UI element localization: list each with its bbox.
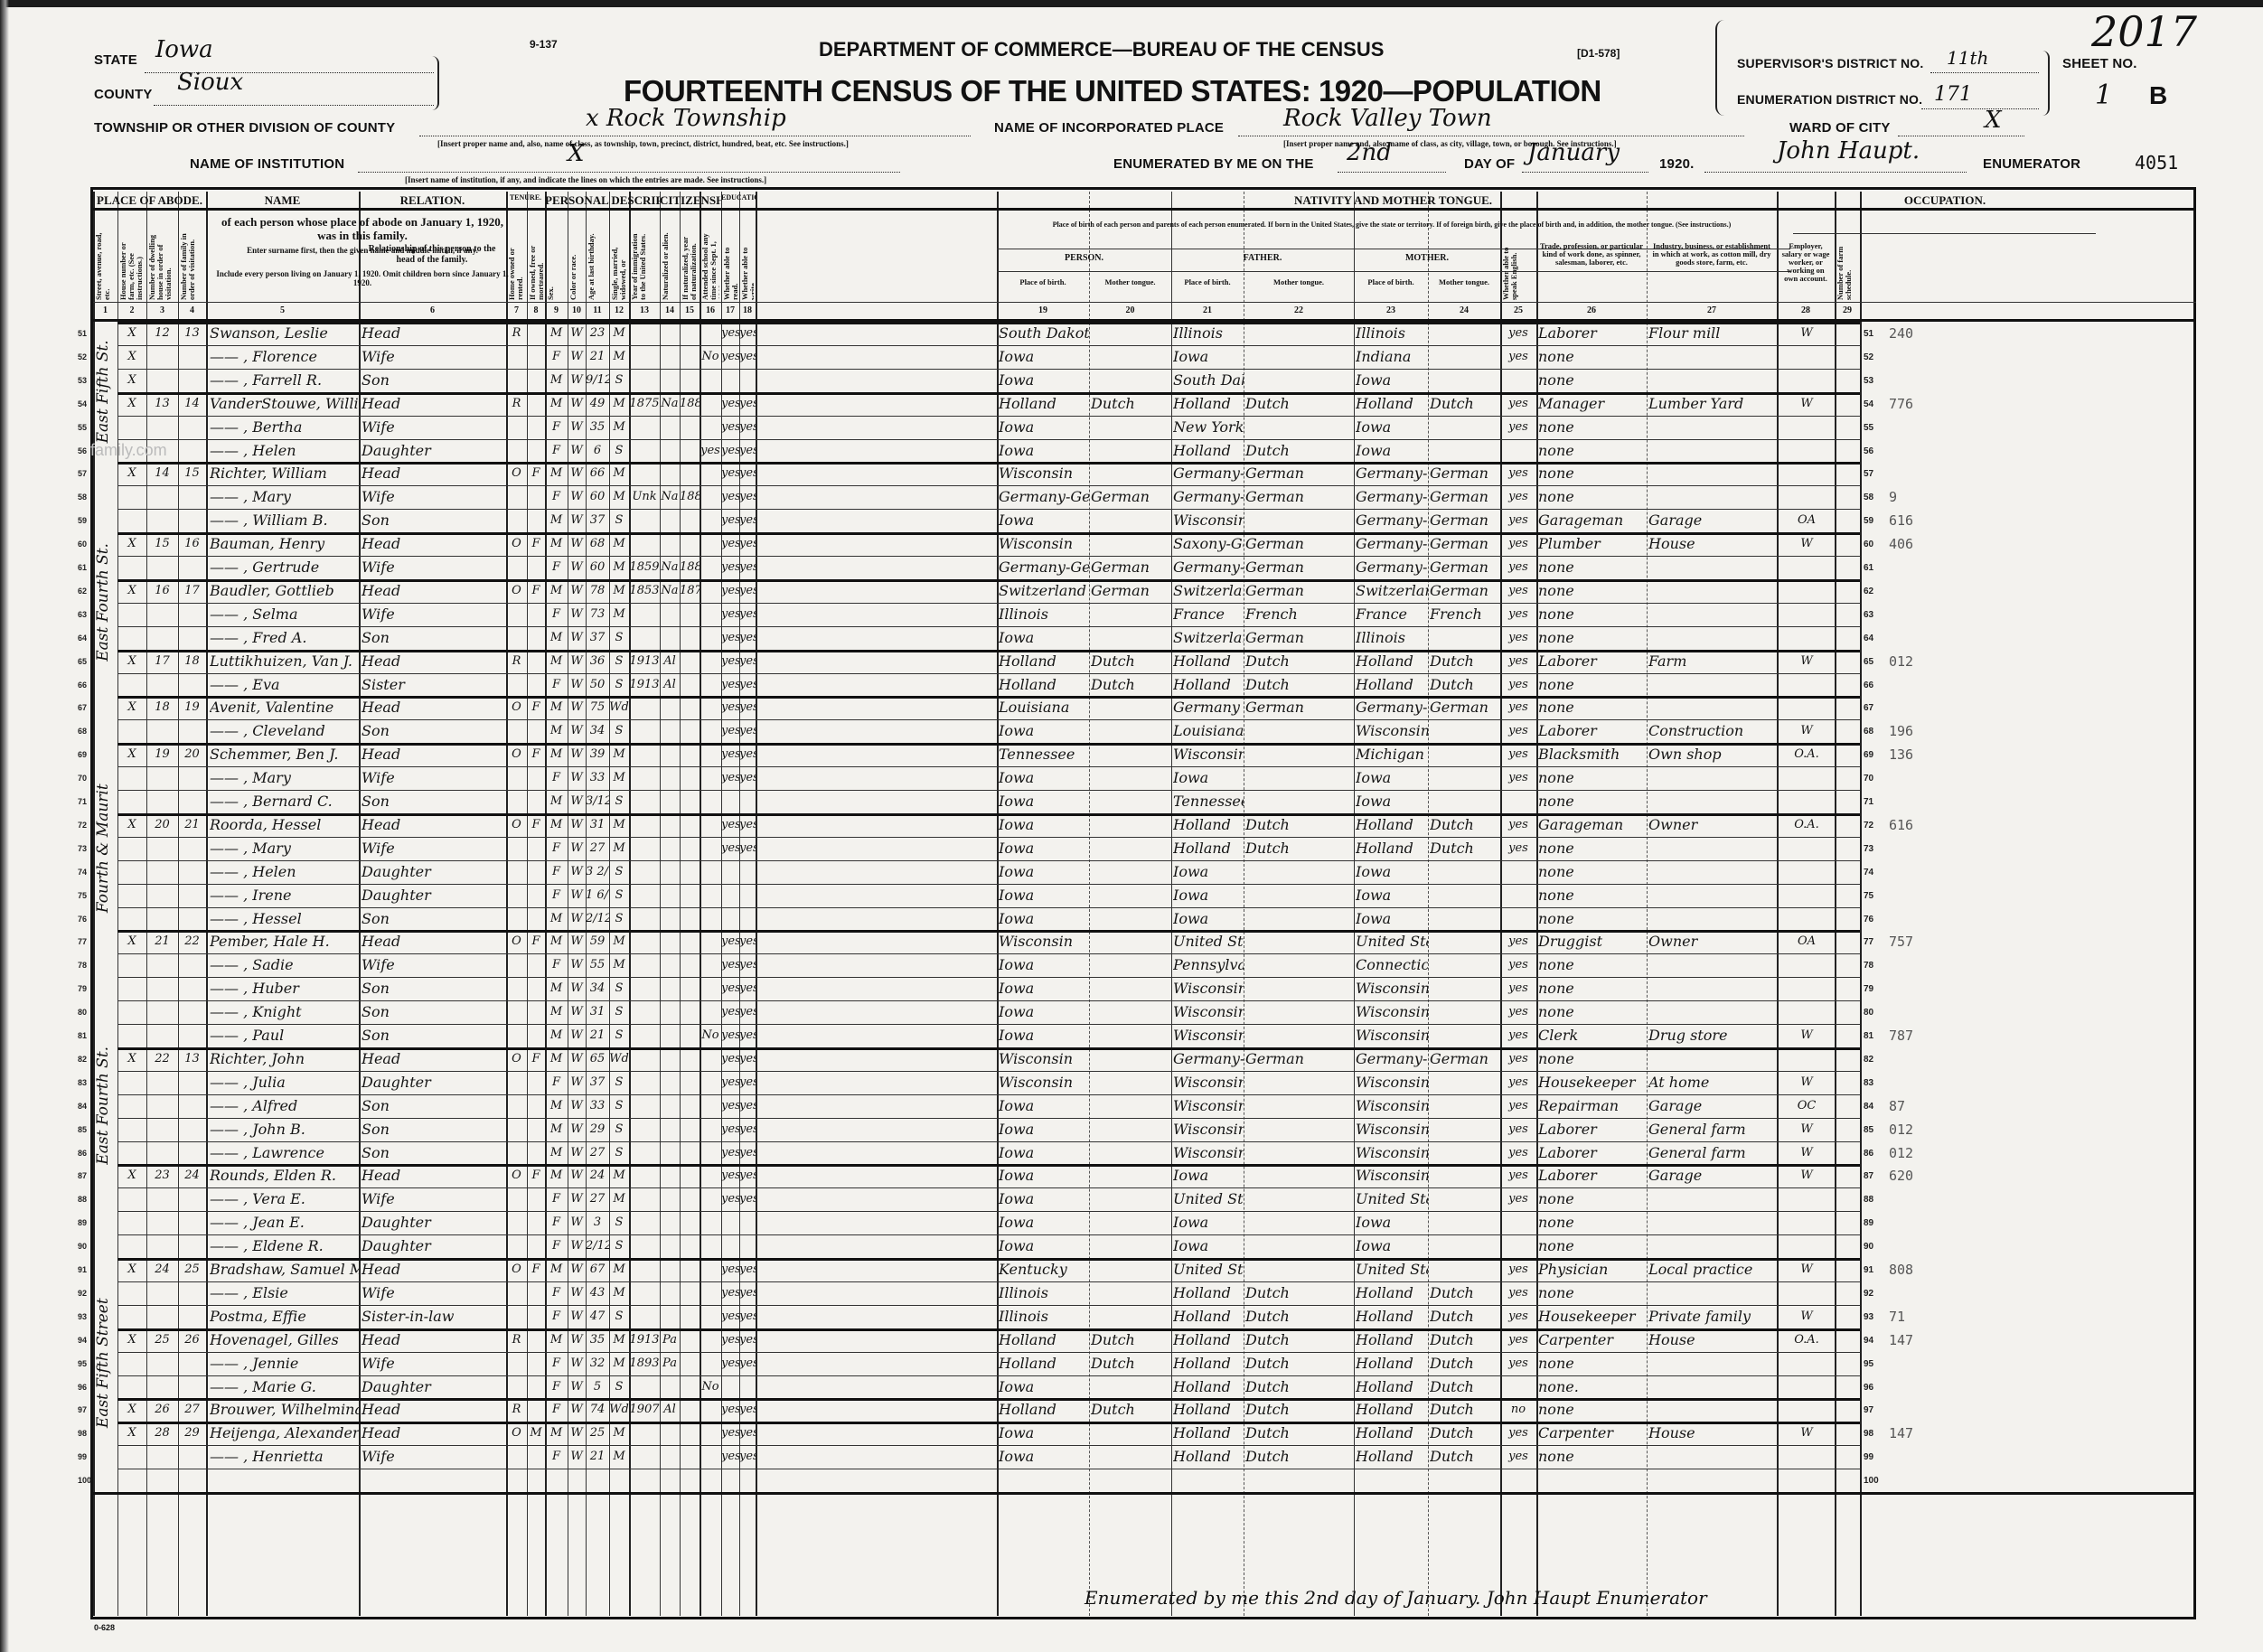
cell-mpob: Wisconsin — [1356, 1118, 1428, 1141]
cell-age: 78 — [586, 579, 609, 603]
margin-annotation: 147 — [1889, 1425, 1913, 1441]
cell-eng: yes — [1500, 1187, 1536, 1211]
cell-fpob: United States — [1173, 1258, 1244, 1281]
margin-annotation: 196 — [1889, 723, 1913, 739]
line-number-left: 77 — [78, 937, 87, 946]
cell-mpob: Wisconsin — [1356, 1071, 1428, 1094]
cell-name: —— , William B. — [210, 509, 359, 532]
cell-pob: Holland — [999, 1352, 1089, 1375]
cell-nat: Al — [660, 1398, 680, 1422]
cell-dw: 16 — [146, 579, 178, 603]
cell-sex: M — [545, 462, 568, 485]
sheet-side: B — [2149, 81, 2167, 110]
cell-imm: 1875 — [629, 392, 660, 416]
cell-write: yes — [739, 462, 756, 485]
cell-house: X — [117, 743, 146, 766]
cell-ms: M — [609, 322, 629, 345]
cell-rel: Wife — [362, 556, 506, 579]
cell-trade: none — [1538, 485, 1647, 509]
line-number: 69 — [1864, 750, 1873, 760]
cell-pob: Iowa — [999, 907, 1089, 931]
cell-trade: none — [1538, 462, 1647, 485]
scan-top-edge — [0, 0, 2263, 7]
line-number: 79 — [1864, 984, 1873, 994]
state-value: Iowa — [155, 36, 213, 63]
cell-nat: Na — [660, 579, 680, 603]
cell-pob: Iowa — [999, 1141, 1089, 1165]
line-number-left: 90 — [78, 1242, 87, 1251]
cell-eng: yes — [1500, 1305, 1536, 1328]
cell-write: yes — [739, 673, 756, 697]
cell-write: yes — [739, 1187, 756, 1211]
cell-write: yes — [739, 439, 756, 463]
cell-age: 31 — [586, 813, 609, 837]
cell-emp: OA — [1779, 509, 1835, 532]
cell-race: W — [568, 1187, 586, 1211]
stamp-number: 2017 — [2091, 7, 2197, 56]
cell-mtongue: Dutch — [1430, 1445, 1500, 1469]
cell-industry: Farm — [1648, 650, 1777, 673]
cell-mort: F — [527, 696, 545, 719]
cell-pob: Wisconsin — [999, 462, 1089, 485]
cell-dw: 12 — [146, 322, 178, 345]
margin-annotation: 9 — [1889, 489, 1897, 505]
cell-house: X — [117, 322, 146, 345]
cell-sex: F — [545, 1398, 568, 1422]
cell-fpob: Holland — [1173, 813, 1244, 837]
line-number: 59 — [1864, 516, 1873, 526]
line-number: 68 — [1864, 727, 1873, 737]
cell-sex: M — [545, 907, 568, 931]
cell-sch: No — [700, 345, 721, 369]
cell-industry: House — [1648, 1422, 1777, 1445]
cell-fam: 15 — [178, 462, 206, 485]
cell-name: Schemmer, Ben J. — [210, 743, 359, 766]
cell-mort: F — [527, 813, 545, 837]
cell-write: yes — [739, 1281, 756, 1305]
cell-age: 73 — [586, 603, 609, 626]
cell-race: W — [568, 462, 586, 485]
cell-age: 3/12 — [586, 790, 609, 813]
column-divider — [1860, 192, 1862, 1616]
cell-trade: none — [1538, 977, 1647, 1000]
column-number-26: 26 — [1536, 305, 1647, 315]
cell-trade: none — [1538, 1445, 1647, 1469]
cell-pob: Germany-Ger. — [999, 485, 1089, 509]
cell-race: W — [568, 1211, 586, 1234]
cell-ms: S — [609, 1000, 629, 1024]
cell-fpob: Germany-Ger. — [1173, 556, 1244, 579]
cell-ftongue: Dutch — [1245, 1445, 1354, 1469]
cell-sex: M — [545, 1000, 568, 1024]
cell-trade: none — [1538, 696, 1647, 719]
cell-sex: F — [545, 485, 568, 509]
cell-mpob: Germany-Ger. — [1356, 1047, 1428, 1071]
cell-mpob: Wisconsin — [1356, 1094, 1428, 1118]
cell-fpob: Iowa — [1173, 907, 1244, 931]
cell-mort: F — [527, 1164, 545, 1187]
cell-trade: Laborer — [1538, 719, 1647, 743]
cell-pob: Iowa — [999, 1375, 1089, 1399]
line-number-left: 83 — [78, 1078, 87, 1087]
cell-name: —— , Knight — [210, 1000, 359, 1024]
cell-name: —— , Sadie — [210, 953, 359, 977]
cell-sch: yes — [700, 439, 721, 463]
cell-imm: Unk — [629, 485, 660, 509]
cell-race: W — [568, 439, 586, 463]
supervisor-district-value: 11th — [1947, 47, 1988, 69]
column-header-3: Number of dwelling house in order of vis… — [148, 231, 176, 300]
cell-write: yes — [739, 626, 756, 650]
header-rule — [93, 208, 2196, 211]
cell-read: yes — [721, 837, 739, 860]
cell-sex: F — [545, 1305, 568, 1328]
cell-ms: M — [609, 532, 629, 556]
cell-age: 3 2/12 — [586, 860, 609, 884]
cell-rel: Wife — [362, 1187, 506, 1211]
cell-write: yes — [739, 345, 756, 369]
cell-trade: Laborer — [1538, 1118, 1647, 1141]
cell-name: —— , Vera E. — [210, 1187, 359, 1211]
cell-own: R — [506, 1398, 527, 1422]
cell-mpob: Connecticut — [1356, 953, 1428, 977]
margin-annotation: 616 — [1889, 512, 1913, 529]
cell-ms: M — [609, 416, 629, 439]
cell-emp: W — [1779, 1305, 1835, 1328]
cell-eng: yes — [1500, 930, 1536, 953]
cell-ms: M — [609, 1352, 629, 1375]
institution-label: NAME OF INSTITUTION — [190, 156, 344, 172]
cell-name: —— , Julia — [210, 1071, 359, 1094]
cell-own: R — [506, 650, 527, 673]
cell-fpob: Saxony-Ger. — [1173, 532, 1244, 556]
cell-sex: M — [545, 1258, 568, 1281]
cell-mort: F — [527, 579, 545, 603]
cell-rel: Head — [362, 696, 506, 719]
cell-ms: M — [609, 462, 629, 485]
cell-mort: F — [527, 1047, 545, 1071]
ed-line — [1921, 108, 2039, 109]
line-number-left: 97 — [78, 1405, 87, 1414]
group-header-occupation: OCCUPATION. — [1793, 193, 2097, 208]
cell-mpob: Holland — [1356, 1352, 1428, 1375]
cell-eng: yes — [1500, 509, 1536, 532]
line-number-left: 60 — [78, 540, 87, 549]
cell-mpob: Holland — [1356, 1445, 1428, 1469]
cell-name: Rounds, Elden R. — [210, 1164, 359, 1187]
cell-write: yes — [739, 1258, 756, 1281]
column-number-22: 22 — [1244, 305, 1354, 315]
cell-name: —— , John B. — [210, 1118, 359, 1141]
cell-own: O — [506, 1164, 527, 1187]
column-header-17: Whether able to read. — [723, 231, 737, 300]
cell-race: W — [568, 1375, 586, 1399]
cell-age: 50 — [586, 673, 609, 697]
nativity-instructions: Place of birth of each person and parent… — [999, 221, 1785, 230]
cell-house: X — [117, 532, 146, 556]
cell-read: yes — [721, 1187, 739, 1211]
cell-age: 25 — [586, 1422, 609, 1445]
institution-instructions: [Insert name of institution, if any, and… — [405, 175, 766, 184]
cell-eng: yes — [1500, 719, 1536, 743]
cell-fpob: Wisconsin — [1173, 1094, 1244, 1118]
cell-race: W — [568, 860, 586, 884]
cell-race: W — [568, 673, 586, 697]
cell-eng: yes — [1500, 1071, 1536, 1094]
cell-sex: M — [545, 743, 568, 766]
cell-eng: yes — [1500, 837, 1536, 860]
cell-mpob: Holland — [1356, 1328, 1428, 1352]
cell-trade: Laborer — [1538, 322, 1647, 345]
township-instructions: [Insert proper name and, also, name of c… — [437, 139, 849, 148]
group-header-tenure: TENURE. — [506, 193, 545, 202]
cell-race: W — [568, 953, 586, 977]
cell-sex: F — [545, 837, 568, 860]
cell-mpob: Holland — [1356, 1281, 1428, 1305]
column-header-26: Trade, profession, or particular kind of… — [1539, 242, 1644, 267]
cell-sex: F — [545, 1281, 568, 1305]
incorporated-place-label: NAME OF INCORPORATED PLACE — [994, 120, 1224, 136]
cell-mtongue: German — [1430, 462, 1500, 485]
cell-name: —— , Hessel — [210, 907, 359, 931]
cell-age: 9/12 — [586, 369, 609, 392]
cell-ftongue: German — [1245, 532, 1354, 556]
column-number-19: 19 — [997, 305, 1089, 315]
cell-read: yes — [721, 766, 739, 790]
cell-sex: F — [545, 416, 568, 439]
cell-pob: Iowa — [999, 766, 1089, 790]
cell-ftongue: German — [1245, 462, 1354, 485]
cell-pob: Iowa — [999, 884, 1089, 907]
cell-trade: Manager — [1538, 392, 1647, 416]
cell-mpob: Holland — [1356, 837, 1428, 860]
column-header-8: If owned, free or mortgaged. — [529, 231, 543, 300]
cell-write: yes — [739, 509, 756, 532]
cell-trade: Physician — [1538, 1258, 1647, 1281]
cell-eng: yes — [1500, 953, 1536, 977]
relation-header-subtitle: Relationship of this person to the head … — [364, 244, 500, 266]
cell-name: VanderStouwe, William — [210, 392, 359, 416]
cell-trade: Carpenter — [1538, 1328, 1647, 1352]
cell-pob: Wisconsin — [999, 532, 1089, 556]
cell-race: W — [568, 1071, 586, 1094]
cell-ms: M — [609, 1445, 629, 1469]
cell-name: Baudler, Gottlieb — [210, 579, 359, 603]
cell-house: X — [117, 1258, 146, 1281]
cell-own: R — [506, 1328, 527, 1352]
cell-sex: F — [545, 884, 568, 907]
cell-mpob: Germany-Ger. — [1356, 485, 1428, 509]
cell-rel: Head — [362, 1047, 506, 1071]
cell-industry: General farm — [1648, 1118, 1777, 1141]
cell-fpob: France — [1173, 603, 1244, 626]
cell-write: yes — [739, 766, 756, 790]
cell-trade: none — [1538, 1234, 1647, 1258]
column-header-29: Number of farm schedule. — [1836, 231, 1858, 300]
cell-ms: M — [609, 392, 629, 416]
cell-race: W — [568, 1024, 586, 1047]
cell-ms: S — [609, 673, 629, 697]
cell-write: yes — [739, 322, 756, 345]
cell-house: X — [117, 392, 146, 416]
line-number-left: 84 — [78, 1102, 87, 1111]
cell-ms: S — [609, 977, 629, 1000]
cell-race: W — [568, 1352, 586, 1375]
margin-annotation: 620 — [1889, 1168, 1913, 1184]
table-bottom-rule — [93, 1492, 2196, 1495]
cell-trade: none. — [1538, 1375, 1647, 1399]
cell-pob: Iowa — [999, 1118, 1089, 1141]
department-title: DEPARTMENT OF COMMERCE—BUREAU OF THE CEN… — [819, 38, 1384, 61]
margin-annotation: 406 — [1889, 536, 1913, 552]
cell-eng: yes — [1500, 462, 1536, 485]
cell-sex: M — [545, 696, 568, 719]
line-number: 64 — [1864, 634, 1873, 643]
cell-mpob: Holland — [1356, 1375, 1428, 1399]
cell-ms: M — [609, 1164, 629, 1187]
cell-mpob: Illinois — [1356, 322, 1428, 345]
cell-write: yes — [739, 813, 756, 837]
cell-eng: yes — [1500, 1352, 1536, 1375]
line-number-left: 86 — [78, 1149, 87, 1158]
cell-age: 31 — [586, 1000, 609, 1024]
cell-sex: F — [545, 673, 568, 697]
cell-emp: O.A. — [1779, 1328, 1835, 1352]
cell-mpob: Wisconsin — [1356, 1141, 1428, 1165]
incorporated-place-line — [1238, 136, 1744, 136]
cell-age: 55 — [586, 953, 609, 977]
cell-mtongue: Dutch — [1430, 1375, 1500, 1399]
line-number: 83 — [1864, 1078, 1873, 1088]
cell-mpob: Iowa — [1356, 439, 1428, 463]
group-header-name: NAME — [206, 193, 359, 208]
cell-trade: Druggist — [1538, 930, 1647, 953]
cell-rel: Wife — [362, 1445, 506, 1469]
cell-fpob: Illinois — [1173, 322, 1244, 345]
cell-industry: Lumber Yard — [1648, 392, 1777, 416]
cell-emp: W — [1779, 1164, 1835, 1187]
line-number-left: 58 — [78, 493, 87, 502]
column-number-28: 28 — [1777, 305, 1835, 315]
cell-eng: yes — [1500, 322, 1536, 345]
cell-sex: F — [545, 1234, 568, 1258]
margin-annotation: 757 — [1889, 934, 1913, 950]
cell-pob: Holland — [999, 1328, 1089, 1352]
cell-read: yes — [721, 1164, 739, 1187]
cell-race: W — [568, 532, 586, 556]
column-number-25: 25 — [1500, 305, 1536, 315]
cell-ftongue: German — [1245, 579, 1354, 603]
line-number-left: 53 — [78, 376, 87, 385]
cell-name: —— , Cleveland — [210, 719, 359, 743]
cell-age: 1 6/12 — [586, 884, 609, 907]
cell-write: yes — [739, 1047, 756, 1071]
column-header-11: Age at last birthday. — [587, 231, 607, 300]
column-header-7: Home owned or rented. — [508, 231, 525, 300]
cell-pob: Iowa — [999, 1024, 1089, 1047]
cell-name: Richter, William — [210, 462, 359, 485]
sheet-number-value: 1 — [2095, 80, 2112, 111]
line-number-left: 80 — [78, 1008, 87, 1017]
cell-trade: Repairman — [1538, 1094, 1647, 1118]
cell-name: —— , Paul — [210, 1024, 359, 1047]
cell-ms: M — [609, 603, 629, 626]
cell-ms: M — [609, 1187, 629, 1211]
cell-race: W — [568, 1164, 586, 1187]
line-number-left: 57 — [78, 469, 87, 478]
cell-eng: yes — [1500, 1141, 1536, 1165]
cell-industry: Drug store — [1648, 1024, 1777, 1047]
cell-eng: yes — [1500, 1422, 1536, 1445]
cell-age: 60 — [586, 556, 609, 579]
cell-trade: Laborer — [1538, 1164, 1647, 1187]
cell-ms: S — [609, 1141, 629, 1165]
cell-race: W — [568, 1258, 586, 1281]
cell-rel: Wife — [362, 953, 506, 977]
cell-read: yes — [721, 509, 739, 532]
cell-eng: yes — [1500, 1258, 1536, 1281]
cell-ms: M — [609, 345, 629, 369]
county-value: Sioux — [177, 69, 243, 96]
cell-age: 2/12 — [586, 1234, 609, 1258]
cell-mpob: Michigan — [1356, 743, 1428, 766]
group-header-person: PERSON. — [997, 253, 1171, 263]
cell-mtongue: German — [1430, 579, 1500, 603]
cell-mpob: Iowa — [1356, 884, 1428, 907]
cell-pob: Iowa — [999, 626, 1089, 650]
street-name: East Fourth St. — [94, 462, 116, 743]
cell-name: Swanson, Leslie — [210, 322, 359, 345]
cell-pob: Iowa — [999, 345, 1089, 369]
cell-ms: M — [609, 766, 629, 790]
cell-industry: Flour mill — [1648, 322, 1777, 345]
name-header-subtitle: of each person whose place of abode on J… — [213, 215, 512, 242]
line-number: 81 — [1864, 1031, 1873, 1041]
cell-read: yes — [721, 1352, 739, 1375]
cell-rel: Daughter — [362, 884, 506, 907]
line-number-left: 62 — [78, 587, 87, 596]
column-header-27: Industry, business, or establishment in … — [1649, 242, 1774, 267]
cell-write: yes — [739, 1328, 756, 1352]
cell-rel: Son — [362, 626, 506, 650]
cell-pob: Iowa — [999, 1211, 1089, 1234]
cell-eng: yes — [1500, 1118, 1536, 1141]
cell-mpob: United States — [1356, 1258, 1428, 1281]
cell-industry: Local practice — [1648, 1258, 1777, 1281]
cell-natyr: 1873 — [680, 579, 700, 603]
cell-pob: Tennessee — [999, 743, 1089, 766]
cell-fpob: Louisiana — [1173, 719, 1244, 743]
cell-natyr: 1889 — [680, 556, 700, 579]
cell-read: yes — [721, 1305, 739, 1328]
cell-race: W — [568, 650, 586, 673]
cell-eng: yes — [1500, 1024, 1536, 1047]
cell-mpob: Wisconsin — [1356, 977, 1428, 1000]
line-number-left: 76 — [78, 915, 87, 924]
group-header-father: FATHER. — [1171, 253, 1354, 263]
cell-sex: M — [545, 719, 568, 743]
cell-trade: none — [1538, 556, 1647, 579]
column-header-21: Place of birth. — [1174, 278, 1241, 286]
cell-ftongue: German — [1245, 485, 1354, 509]
cell-fam: 13 — [178, 1047, 206, 1071]
cell-dw: 18 — [146, 696, 178, 719]
line-number-left: 98 — [78, 1429, 87, 1438]
cell-mtongue: Dutch — [1430, 837, 1500, 860]
cell-industry: General farm — [1648, 1141, 1777, 1165]
cell-mort: M — [527, 1422, 545, 1445]
cell-ftongue: German — [1245, 696, 1354, 719]
